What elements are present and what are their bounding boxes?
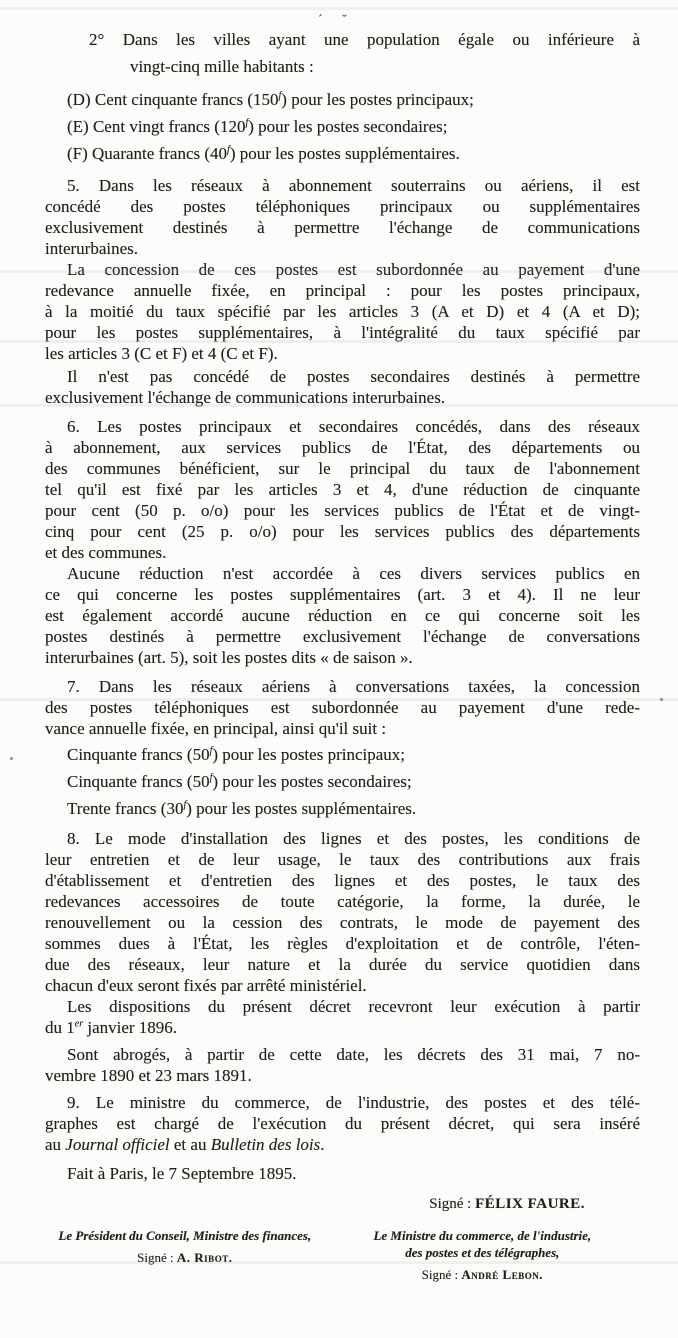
tariff-text: Cinquante francs (50 xyxy=(67,772,210,791)
signature-line: Signé : André Lebon. xyxy=(325,1266,640,1283)
date-place-line: Fait à Paris, le 7 Septembre 1895. xyxy=(45,1163,640,1184)
journal-officiel-citation: Journal officiel xyxy=(65,1135,169,1154)
signature-column-right: Le Ministre du commerce, de l'industrie,… xyxy=(325,1227,640,1283)
tariff-text: Cent cinquante francs (150 xyxy=(95,90,279,109)
signature-name-felix-faure: FÉLIX FAURE. xyxy=(475,1196,585,1212)
signatory-title: Le Ministre du commerce, de l'industrie, xyxy=(325,1227,640,1244)
scan-speck xyxy=(660,698,663,701)
text-line: interurbaines. xyxy=(45,238,640,259)
tariff-line: Cinquante francs (50f) pour les postes p… xyxy=(45,741,640,768)
text-line: La concession de ces postes est subordon… xyxy=(45,259,640,280)
text-span: . xyxy=(320,1135,324,1154)
text-line: postes destinés à permettre exclusivemen… xyxy=(45,626,640,647)
text-line: ce qui concerne les postes supplémentair… xyxy=(45,584,640,605)
text-line: renouvellement ou la cession des contrat… xyxy=(45,912,640,933)
signature-name-lebon: André Lebon. xyxy=(461,1267,543,1282)
text-line: interurbaines (art. 5), soit les postes … xyxy=(45,647,640,668)
tariff-line: Cinquante francs (50f) pour les postes s… xyxy=(45,768,640,795)
text-line: chacun d'eux seront fixés par arrêté min… xyxy=(45,975,640,996)
scan-artifact-marks: ´ ˘ xyxy=(318,10,355,31)
counter-signatures-block: Le Président du Conseil, Ministre des fi… xyxy=(45,1227,640,1283)
signature-president-republique: Signé : FÉLIX FAURE. xyxy=(45,1194,640,1214)
text-line: sommes dues à l'État, les règles d'explo… xyxy=(45,933,640,954)
text-line: concédé des postes téléphoniques princip… xyxy=(45,196,640,217)
tariff-tag: (E) xyxy=(67,117,93,136)
signature-name-ribot: A. Ribot. xyxy=(177,1250,233,1265)
text-line: des communes bénéficient, sur le princip… xyxy=(45,458,640,479)
signature-line: Signé : A. Ribot. xyxy=(45,1249,325,1266)
text-line: leur entretien et de leur usage, le taux… xyxy=(45,849,640,870)
text-line: Sont abrogés, à partir de cette date, le… xyxy=(45,1044,640,1065)
text-line: pour les postes supplémentaires, à l'int… xyxy=(45,322,640,343)
text-line: à la moitié du taux spécifié par les art… xyxy=(45,301,640,322)
tariff-text: Trente francs (30 xyxy=(67,799,183,818)
text-line: 7. Dans les réseaux aériens à conversati… xyxy=(45,676,640,697)
text-line: d'établissement et d'entretien des ligne… xyxy=(45,870,640,891)
text-line: redevances accessoires de toute catégori… xyxy=(45,891,640,912)
signatory-title: des postes et des télégraphes, xyxy=(325,1244,640,1261)
tariff-text: ) pour les postes supplémentaires. xyxy=(230,144,460,163)
tariff-text: ) pour les postes secondaires; xyxy=(212,772,411,791)
text-line: cinq pour cent (25 p. o/o) pour les serv… xyxy=(45,521,640,542)
text-line: vembre 1890 et 23 mars 1891. xyxy=(45,1065,640,1086)
date-text: janvier 1896. xyxy=(83,1018,177,1037)
text-line: des postes téléphoniques est subordonnée… xyxy=(45,697,640,718)
signature-column-left: Le Président du Conseil, Ministre des fi… xyxy=(45,1227,325,1283)
scan-speck xyxy=(10,757,13,760)
text-line: exclusivement l'échange de communication… xyxy=(45,387,640,408)
text-line: due des réseaux, leur nature et la durée… xyxy=(45,954,640,975)
tariff-text: ) pour les postes secondaires; xyxy=(248,117,447,136)
text-line: Aucune réduction n'est accordée à ces di… xyxy=(45,563,640,584)
text-line: exclusivement destinés à permettre l'éch… xyxy=(45,217,640,238)
tariff-text: ) pour les postes supplémentaires. xyxy=(186,799,416,818)
text-line: 5. Dans les réseaux à abonnement souterr… xyxy=(45,175,640,196)
tariff-tag: (D) xyxy=(67,90,95,109)
text-line: tel qu'il est fixé par les articles 3 et… xyxy=(45,479,640,500)
signe-label: Signé : xyxy=(137,1250,177,1265)
text-line: 6. Les postes principaux et secondaires … xyxy=(45,416,640,437)
tariff-tag: (F) xyxy=(67,144,92,163)
ordinal-superscript: er xyxy=(75,1018,83,1029)
text-span: au xyxy=(45,1135,65,1154)
tariff-text: Cent vingt francs (120 xyxy=(93,117,246,136)
text-line: les articles 3 (C et F) et 4 (C et F). xyxy=(45,343,640,364)
bulletin-des-lois-citation: Bulletin des lois xyxy=(211,1135,321,1154)
text-line: graphes est chargé de l'exécution du pré… xyxy=(45,1113,640,1134)
tariff-text: Cinquante francs (50 xyxy=(67,745,210,764)
text-line: redevance annuelle fixée, en principal :… xyxy=(45,280,640,301)
tariff-text: ) pour les postes principaux; xyxy=(281,90,474,109)
text-line: pour cent (50 p. o/o) pour les services … xyxy=(45,500,640,521)
tariff-line: Trente francs (30f) pour les postes supp… xyxy=(45,795,640,822)
tariff-line: (D) Cent cinquante francs (150f) pour le… xyxy=(45,86,640,113)
text-line: vingt-cinq mille habitants : xyxy=(45,53,640,80)
tariff-line: (F) Quarante francs (40f) pour les poste… xyxy=(45,140,640,167)
text-line: à abonnement, aux services publics de l'… xyxy=(45,437,640,458)
signe-label: Signé : xyxy=(429,1196,475,1212)
tariff-text: ) pour les postes principaux; xyxy=(212,745,405,764)
signe-label: Signé : xyxy=(422,1267,462,1282)
text-line: et des communes. xyxy=(45,542,640,563)
signatory-title: Le Président du Conseil, Ministre des fi… xyxy=(45,1227,325,1244)
text-line: Il n'est pas concédé de postes secondair… xyxy=(45,366,640,387)
tariff-line: (E) Cent vingt francs (120f) pour les po… xyxy=(45,113,640,140)
text-line: 9. Le ministre du commerce, de l'industr… xyxy=(45,1092,640,1113)
text-line: est également accordé aucune réduction e… xyxy=(45,605,640,626)
scanned-document-page: ´ ˘ 2° Dans les villes ayant une populat… xyxy=(0,0,678,1338)
text-line: vance annuelle fixée, en principal, ains… xyxy=(45,718,640,739)
text-line: du 1er janvier 1896. xyxy=(45,1017,640,1038)
text-line: au Journal officiel et au Bulletin des l… xyxy=(45,1134,640,1155)
tariff-text: Quarante francs (40 xyxy=(92,144,227,163)
text-span: et au xyxy=(170,1135,211,1154)
text-line: 8. Le mode d'installation des lignes et … xyxy=(45,828,640,849)
date-text: du 1 xyxy=(45,1018,75,1037)
text-line: Les dispositions du présent décret recev… xyxy=(45,996,640,1017)
